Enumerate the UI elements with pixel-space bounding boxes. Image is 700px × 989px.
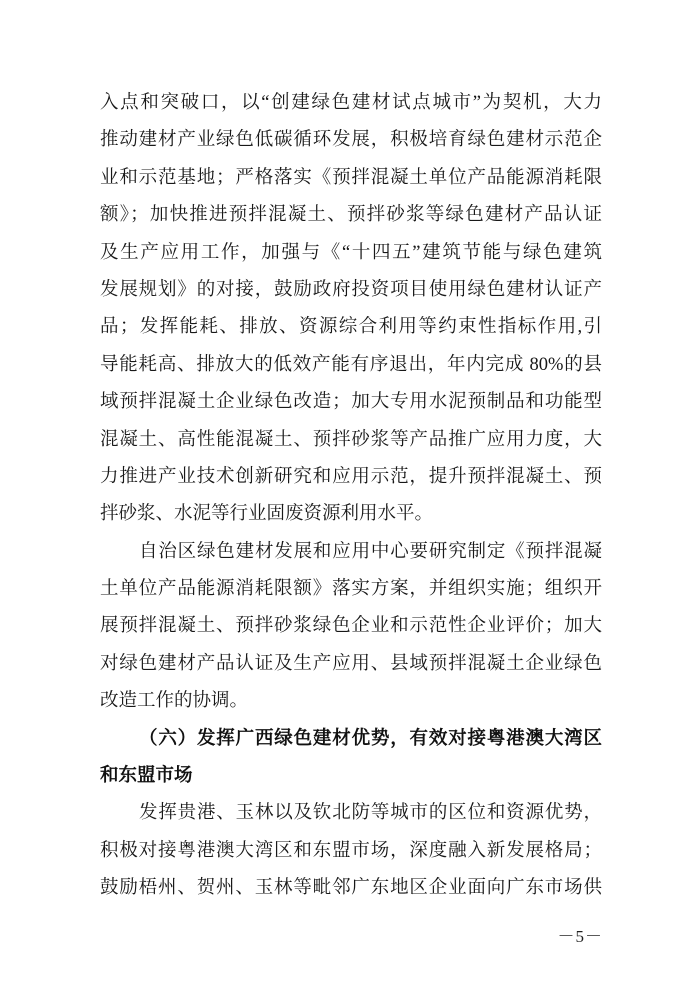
paragraph: 发挥贵港、玉林以及钦北防等城市的区位和资源优势，积极对接粤港澳大湾区和东盟市场，… [100, 795, 602, 907]
text-line: 力推进产业技术创新研究和应用示范，提升预拌混凝土、预 [100, 459, 602, 496]
text-line: 鼓励梧州、贺州、玉林等毗邻广东地区企业面向广东市场供 [100, 870, 602, 907]
page-number: －5－ [558, 918, 604, 955]
text-line: 额》；加快推进预拌混凝土、预拌砂浆等绿色建材产品认证 [100, 197, 602, 234]
text-line: 导能耗高、排放大的低效产能有序退出，年内完成 80%的县 [100, 347, 602, 384]
text-line: 入点和突破口，以“创建绿色建材试点城市”为契机，大力 [100, 85, 602, 122]
text-line: 推动建材产业绿色低碳循环发展，积极培育绿色建材示范企 [100, 122, 602, 159]
text-line: （六）发挥广西绿色建材优势，有效对接粤港澳大湾区 [100, 721, 602, 758]
text-line: 自治区绿色建材发展和应用中心要研究制定《预拌混凝 [100, 534, 602, 571]
paragraph: 入点和突破口，以“创建绿色建材试点城市”为契机，大力推动建材产业绿色低碳循环发展… [100, 85, 602, 534]
section-heading: （六）发挥广西绿色建材优势，有效对接粤港澳大湾区和东盟市场 [100, 721, 602, 796]
paragraph: 自治区绿色建材发展和应用中心要研究制定《预拌混凝土单位产品能源消耗限额》落实方案… [100, 534, 602, 721]
text-line: 改造工作的协调。 [100, 683, 602, 720]
text-line: 及生产应用工作，加强与《“十四五”建筑节能与绿色建筑 [100, 235, 602, 272]
text-line: 混凝土、高性能混凝土、预拌砂浆等产品推广应用力度，大 [100, 422, 602, 459]
document-page: 入点和突破口，以“创建绿色建材试点城市”为契机，大力推动建材产业绿色低碳循环发展… [0, 0, 700, 989]
text-line: 域预拌混凝土企业绿色改造；加大专用水泥预制品和功能型 [100, 384, 602, 421]
text-line: 业和示范基地；严格落实《预拌混凝土单位产品能源消耗限 [100, 160, 602, 197]
text-line: 发展规划》的对接，鼓励政府投资项目使用绿色建材认证产 [100, 272, 602, 309]
document-body: 入点和突破口，以“创建绿色建材试点城市”为契机，大力推动建材产业绿色低碳循环发展… [100, 85, 602, 908]
text-line: 品；发挥能耗、排放、资源综合利用等约束性指标作用,引 [100, 309, 602, 346]
text-line: 拌砂浆、水泥等行业固废资源利用水平。 [100, 496, 602, 533]
text-line: 土单位产品能源消耗限额》落实方案，并组织实施；组织开 [100, 571, 602, 608]
text-line: 和东盟市场 [100, 758, 602, 795]
text-line: 发挥贵港、玉林以及钦北防等城市的区位和资源优势， [100, 795, 602, 832]
text-line: 对绿色建材产品认证及生产应用、县域预拌混凝土企业绿色 [100, 646, 602, 683]
text-line: 积极对接粤港澳大湾区和东盟市场，深度融入新发展格局； [100, 833, 602, 870]
text-line: 展预拌混凝土、预拌砂浆绿色企业和示范性企业评价；加大 [100, 608, 602, 645]
